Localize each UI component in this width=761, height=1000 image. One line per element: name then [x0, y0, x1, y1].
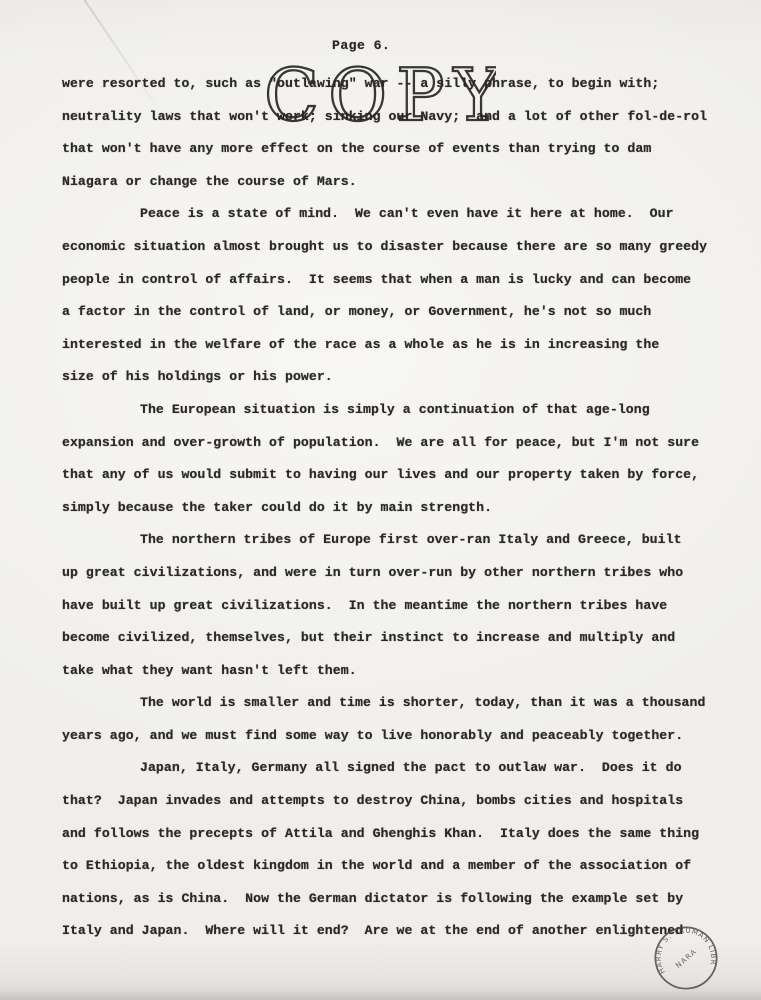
document-line: have built up great civilizations. In th… [62, 590, 742, 623]
copy-stamp: COPY [256, 52, 496, 136]
document-line: size of his holdings or his power. [62, 361, 742, 394]
document-line: economic situation almost brought us to … [62, 231, 742, 264]
document-line: interested in the welfare of the race as… [62, 329, 742, 362]
document-line: expansion and over-growth of population.… [62, 427, 742, 460]
document-line: that won't have any more effect on the c… [62, 133, 742, 166]
document-line: to Ethiopia, the oldest kingdom in the w… [62, 850, 742, 883]
document-line: that? Japan invades and attempts to dest… [62, 785, 742, 818]
archive-stamp-ring-text: HARRY S. TRUMAN LIBRARY [652, 924, 720, 977]
page-number: Page 6. [332, 38, 390, 53]
document-line: The world is smaller and time is shorter… [62, 687, 742, 720]
document-line: Niagara or change the course of Mars. [62, 166, 742, 199]
document-line: Peace is a state of mind. We can't even … [62, 198, 742, 231]
document-line: a factor in the control of land, or mone… [62, 296, 742, 329]
document-line: years ago, and we must find some way to … [62, 720, 742, 753]
document-line: take what they want hasn't left them. [62, 655, 742, 688]
scan-bottom-edge [0, 991, 761, 1000]
document-line: simply because the taker could do it by … [62, 492, 742, 525]
document-body: were resorted to, such as "outlawing" wa… [62, 68, 742, 948]
document-line: Japan, Italy, Germany all signed the pac… [62, 752, 742, 785]
document-page: Page 6. were resorted to, such as "outla… [0, 0, 761, 1000]
document-line: The northern tribes of Europe first over… [62, 524, 742, 557]
document-line: and follows the precepts of Attila and G… [62, 818, 742, 851]
copy-stamp-text: COPY [264, 53, 496, 136]
document-line: Italy and Japan. Where will it end? Are … [62, 915, 742, 948]
document-line: nations, as is China. Now the German dic… [62, 883, 742, 916]
document-line: people in control of affairs. It seems t… [62, 264, 742, 297]
archive-stamp-center-text: NARA [674, 947, 699, 970]
archive-stamp-ring-text-wrap: HARRY S. TRUMAN LIBRARY [652, 924, 720, 977]
document-line: become civilized, themselves, but their … [62, 622, 742, 655]
document-line: up great civilizations, and were in turn… [62, 557, 742, 590]
archive-stamp: HARRY S. TRUMAN LIBRARY NARA [652, 924, 720, 992]
document-line: The European situation is simply a conti… [62, 394, 742, 427]
document-line: that any of us would submit to having ou… [62, 459, 742, 492]
